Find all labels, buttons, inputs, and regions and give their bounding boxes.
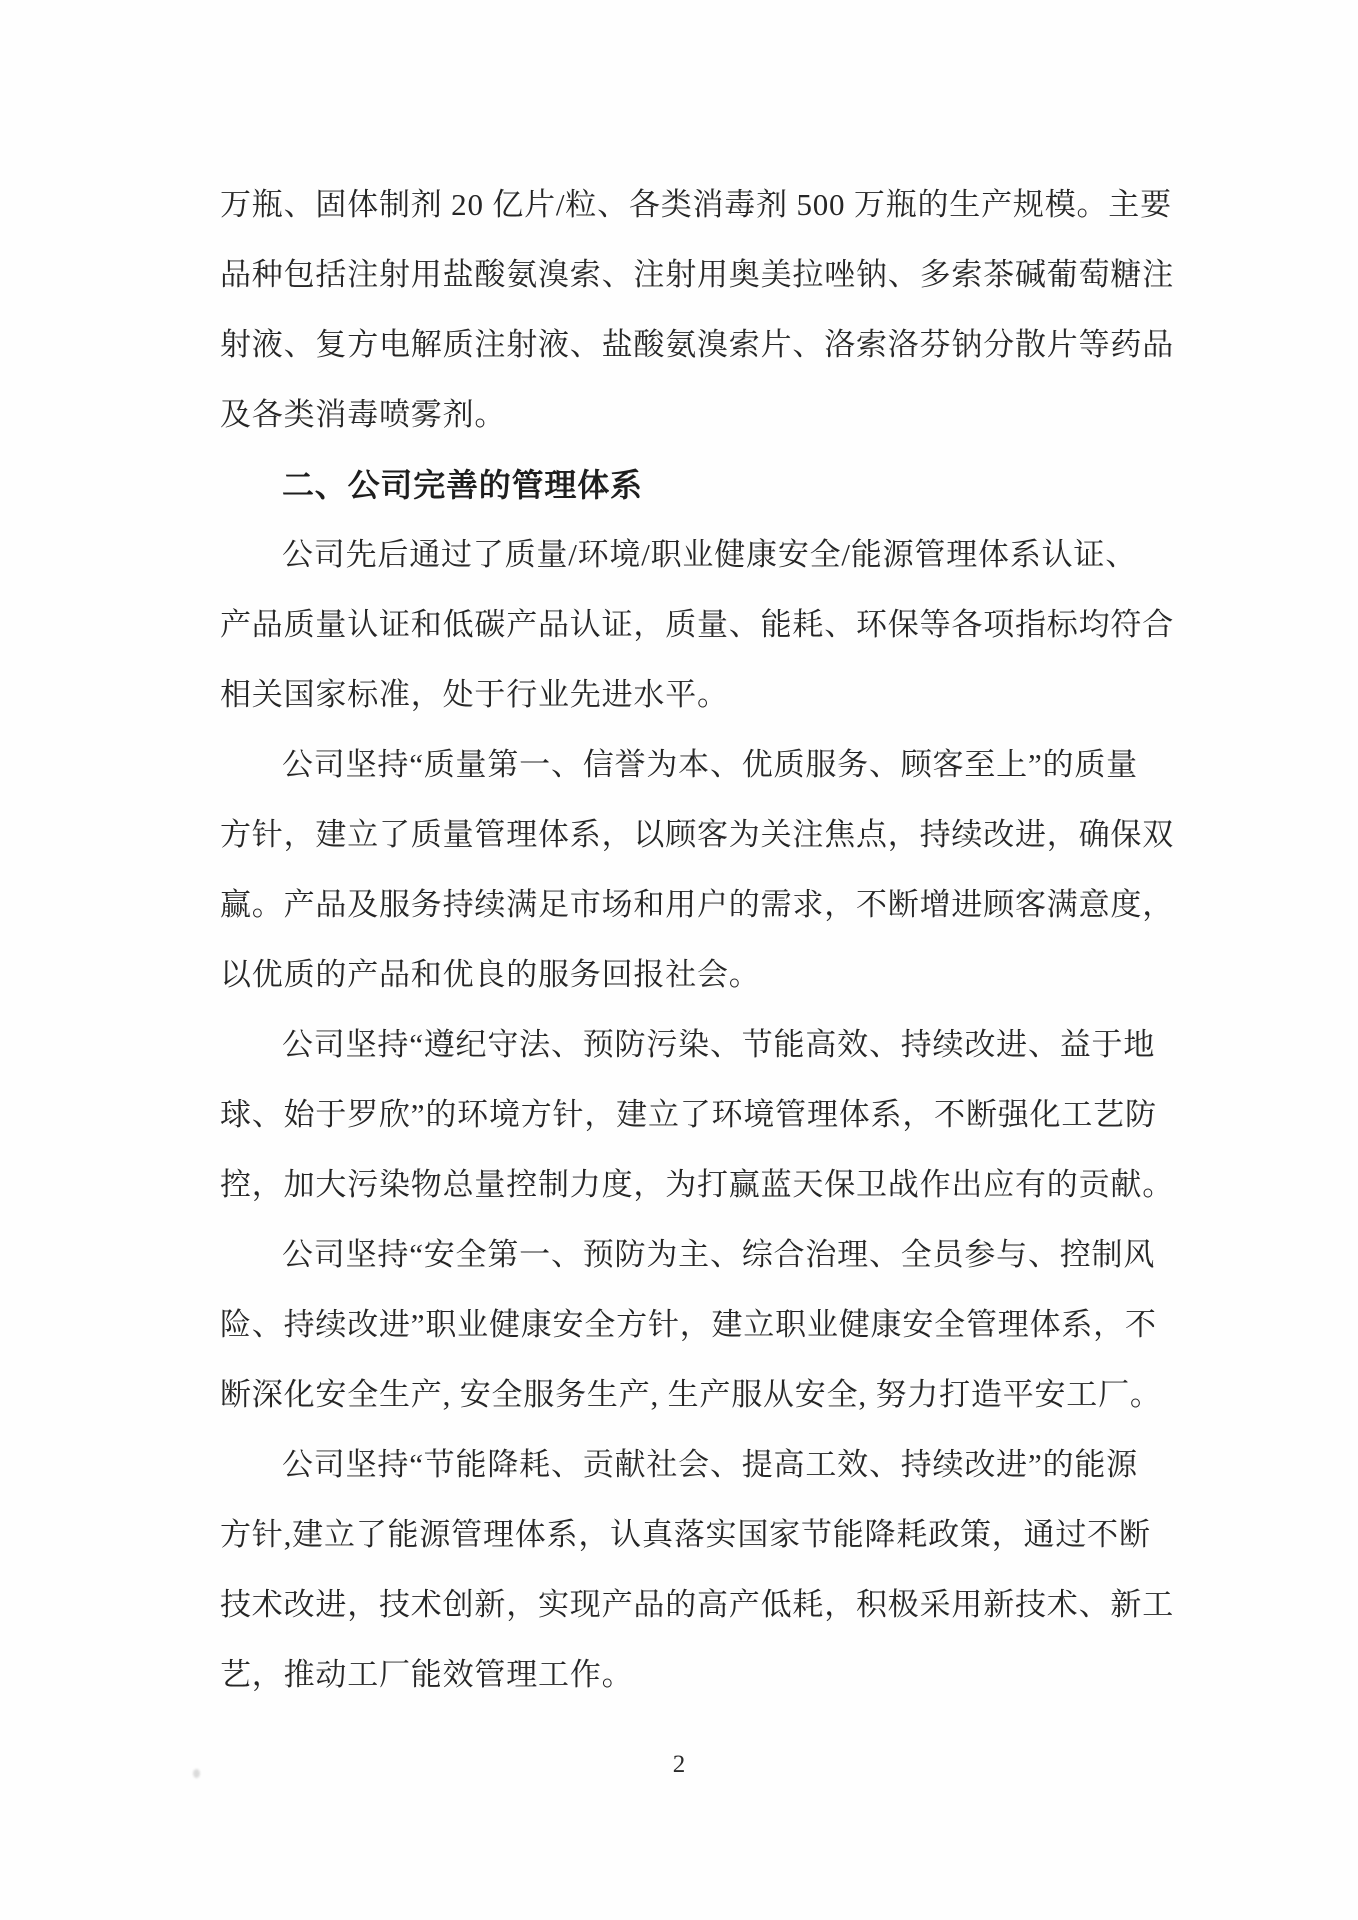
text-line: 控，加大污染物总量控制力度，为打赢蓝天保卫战作出应有的贡献。 <box>220 1150 1178 1220</box>
text-line: 艺，推动工厂能效管理工作。 <box>220 1640 1178 1710</box>
text-line: 及各类消毒喷雾剂。 <box>220 380 1178 450</box>
text-line: 方针，建立了质量管理体系，以顾客为关注焦点，持续改进，确保双 <box>220 800 1178 870</box>
text-line: 险、持续改进”职业健康安全方针，建立职业健康安全管理体系，不 <box>220 1290 1178 1360</box>
page-number: 2 <box>0 1748 1358 1782</box>
text-line: 产品质量认证和低碳产品认证，质量、能耗、环保等各项指标均符合 <box>220 590 1178 660</box>
text-line: 断深化安全生产, 安全服务生产, 生产服从安全, 努力打造平安工厂。 <box>220 1360 1178 1430</box>
text-line: 相关国家标准，处于行业先进水平。 <box>220 660 1178 730</box>
document-page: 万瓶、固体制剂 20 亿片/粒、各类消毒剂 500 万瓶的生产规模。主要品种包括… <box>0 0 1358 1920</box>
text-line: 公司先后通过了质量/环境/职业健康安全/能源管理体系认证、 <box>220 520 1178 590</box>
text-line: 品种包括注射用盐酸氨溴索、注射用奥美拉唑钠、多索茶碱葡萄糖注 <box>220 240 1178 310</box>
text-line: 赢。产品及服务持续满足市场和用户的需求，不断增进顾客满意度， <box>220 870 1178 940</box>
text-line: 公司坚持“质量第一、信誉为本、优质服务、顾客至上”的质量 <box>220 730 1178 800</box>
text-line: 万瓶、固体制剂 20 亿片/粒、各类消毒剂 500 万瓶的生产规模。主要 <box>220 170 1178 240</box>
text-line: 方针,建立了能源管理体系，认真落实国家节能降耗政策，通过不断 <box>220 1500 1178 1570</box>
text-line: 公司坚持“节能降耗、贡献社会、提高工效、持续改进”的能源 <box>220 1430 1178 1500</box>
text-line: 以优质的产品和优良的服务回报社会。 <box>220 940 1178 1010</box>
text-line: 公司坚持“安全第一、预防为主、综合治理、全员参与、控制风 <box>220 1220 1178 1290</box>
document-body: 万瓶、固体制剂 20 亿片/粒、各类消毒剂 500 万瓶的生产规模。主要品种包括… <box>220 170 1178 1710</box>
text-line: 公司坚持“遵纪守法、预防污染、节能高效、持续改进、益于地 <box>220 1010 1178 1080</box>
section-heading: 二、公司完善的管理体系 <box>220 450 1178 520</box>
text-line: 球、始于罗欣”的环境方针，建立了环境管理体系，不断强化工艺防 <box>220 1080 1178 1150</box>
text-line: 技术改进，技术创新，实现产品的高产低耗，积极采用新技术、新工 <box>220 1570 1178 1640</box>
text-line: 射液、复方电解质注射液、盐酸氨溴索片、洛索洛芬钠分散片等药品 <box>220 310 1178 380</box>
